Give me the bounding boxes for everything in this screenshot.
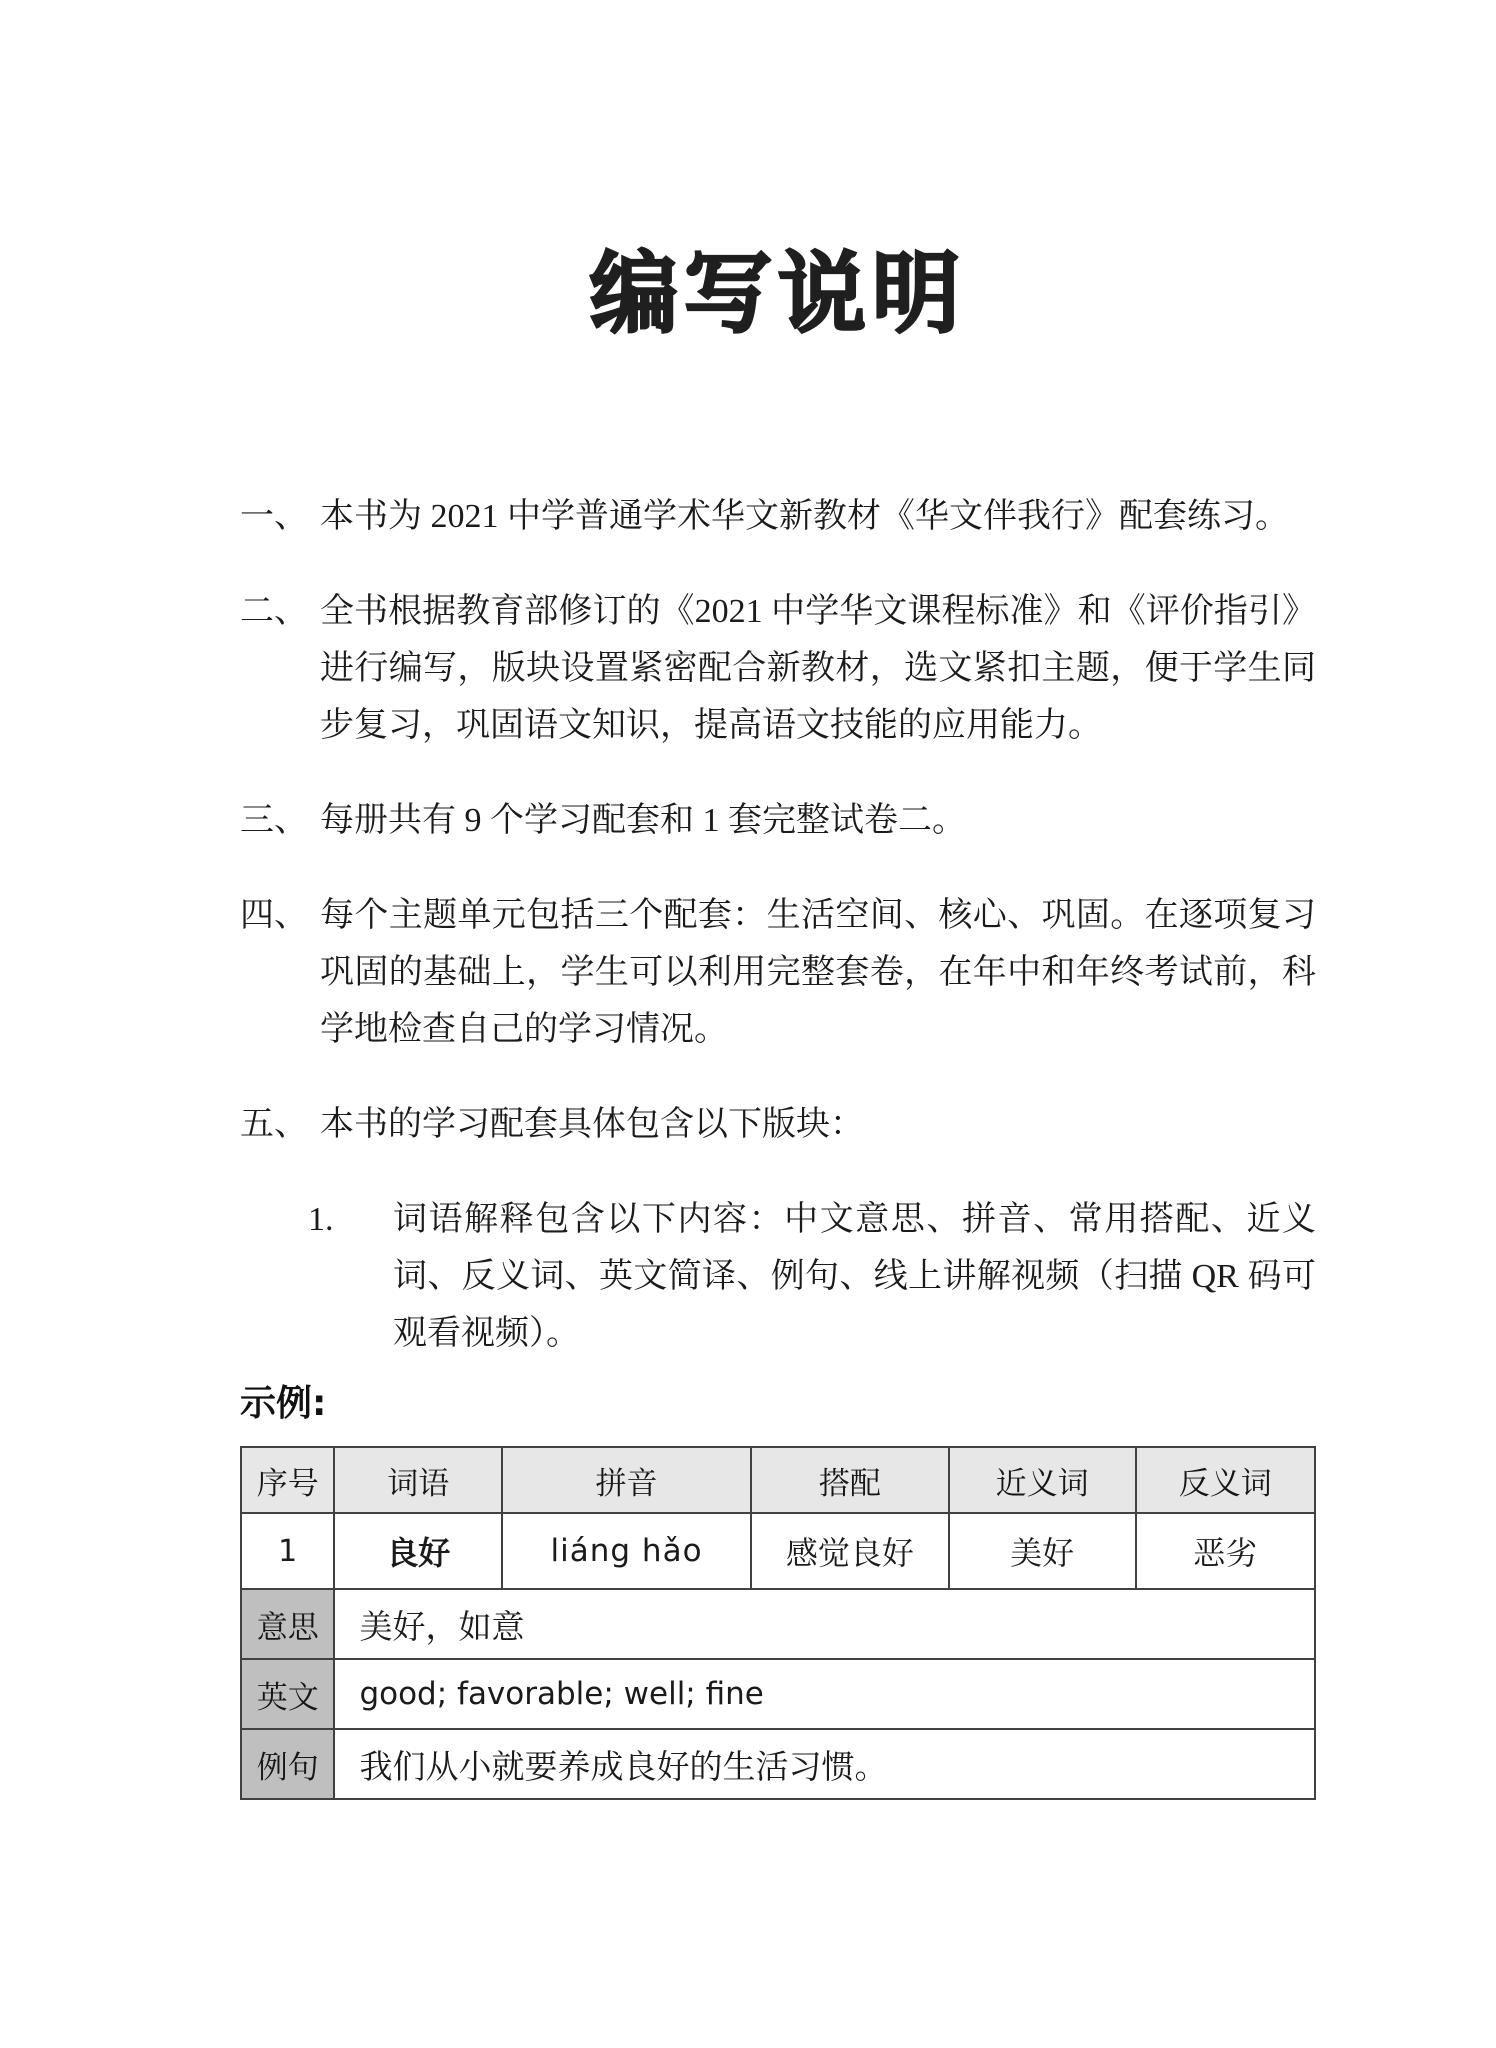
header-cell-antonym: 反义词 <box>1136 1447 1315 1513</box>
value-example-sentence: 我们从小就要养成良好的生活习惯。 <box>334 1729 1315 1799</box>
cell-index: 1 <box>241 1513 334 1589</box>
list-item-3-number: 三、 <box>240 792 320 849</box>
table-header-row: 序号 词语 拼音 搭配 近义词 反义词 <box>241 1447 1315 1513</box>
header-cell-word: 词语 <box>334 1447 502 1513</box>
value-english: good; favorable; well; fine <box>334 1659 1315 1729</box>
label-example-sentence: 例句 <box>241 1729 334 1799</box>
example-label: 示例: <box>240 1380 1316 1428</box>
label-english: 英文 <box>241 1659 334 1729</box>
list-item-3-text: 每册共有 9 个学习配套和 1 套完整试卷二。 <box>320 792 1316 849</box>
list-item-5-number: 五、 <box>240 1096 320 1153</box>
list-item-4-text: 每个主题单元包括三个配套：生活空间、核心、巩固。在逐项复习巩固的基础上，学生可以… <box>320 887 1316 1058</box>
list-item-5: 五、 本书的学习配套具体包含以下版块： <box>240 1096 1316 1153</box>
value-meaning: 美好，如意 <box>334 1589 1315 1659</box>
cell-collocation: 感觉良好 <box>751 1513 949 1589</box>
header-cell-index: 序号 <box>241 1447 334 1513</box>
list-item-3: 三、 每册共有 9 个学习配套和 1 套完整试卷二。 <box>240 792 1316 849</box>
page-title: 编写说明 <box>240 240 1316 348</box>
header-cell-collocation: 搭配 <box>751 1447 949 1513</box>
table-row-english: 英文 good; favorable; well; fine <box>241 1659 1315 1729</box>
list-item-2-number: 二、 <box>240 583 320 754</box>
list-item-2: 二、 全书根据教育部修订的《2021 中学华文课程标准》和《评价指引》进行编写，… <box>240 583 1316 754</box>
list-item-2-text: 全书根据教育部修订的《2021 中学华文课程标准》和《评价指引》进行编写，版块设… <box>320 583 1316 754</box>
header-cell-synonym: 近义词 <box>949 1447 1136 1513</box>
list-item-1-text: 本书为 2021 中学普通学术华文新教材《华文伴我行》配套练习。 <box>320 488 1316 545</box>
numbered-list: 一、 本书为 2021 中学普通学术华文新教材《华文伴我行》配套练习。 二、 全… <box>240 488 1316 1362</box>
list-item-4: 四、 每个主题单元包括三个配套：生活空间、核心、巩固。在逐项复习巩固的基础上，学… <box>240 887 1316 1058</box>
list-item-1: 一、 本书为 2021 中学普通学术华文新教材《华文伴我行》配套练习。 <box>240 488 1316 545</box>
table-data-row: 1 良好 liáng hǎo 感觉良好 美好 恶劣 <box>241 1513 1315 1589</box>
table-row-example-sentence: 例句 我们从小就要养成良好的生活习惯。 <box>241 1729 1315 1799</box>
document-page: 编写说明 一、 本书为 2021 中学普通学术华文新教材《华文伴我行》配套练习。… <box>0 0 1496 2048</box>
list-item-5-text: 本书的学习配套具体包含以下版块： <box>320 1096 1316 1153</box>
cell-pinyin: liáng hǎo <box>502 1513 751 1589</box>
sub-list-item-1: 1. 词语解释包含以下内容：中文意思、拼音、常用搭配、近义词、反义词、英文简译、… <box>308 1191 1316 1362</box>
example-table: 序号 词语 拼音 搭配 近义词 反义词 1 良好 liáng hǎo 感觉良好 … <box>240 1446 1316 1800</box>
sub-list-item-1-number: 1. <box>308 1191 393 1362</box>
list-item-4-number: 四、 <box>240 887 320 1058</box>
sub-list-item-1-text: 词语解释包含以下内容：中文意思、拼音、常用搭配、近义词、反义词、英文简译、例句、… <box>393 1191 1316 1362</box>
list-item-1-number: 一、 <box>240 488 320 545</box>
header-cell-pinyin: 拼音 <box>502 1447 751 1513</box>
cell-synonym: 美好 <box>949 1513 1136 1589</box>
cell-word: 良好 <box>334 1513 502 1589</box>
cell-antonym: 恶劣 <box>1136 1513 1315 1589</box>
table-row-meaning: 意思 美好，如意 <box>241 1589 1315 1659</box>
label-meaning: 意思 <box>241 1589 334 1659</box>
